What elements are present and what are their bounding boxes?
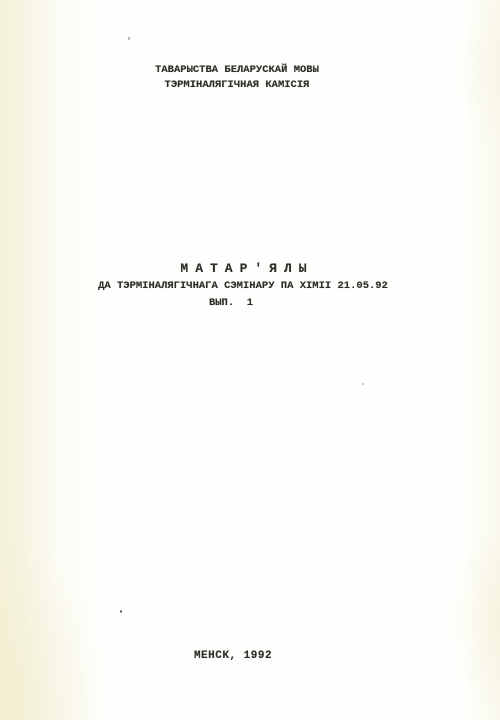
document-title: МАТАР'ЯЛЫ [0, 261, 497, 277]
document-subtitle: ДА ТЭРМІНАЛЯГІЧНАГА СЭМІНАРУ ПА ХІМІІ 21… [0, 279, 493, 293]
scanned-title-page: ТАВАРЫСТВА БЕЛАРУСКАЙ МОВЫ ТЭРМІНАЛЯГІЧН… [0, 0, 500, 720]
scan-speck [120, 610, 122, 613]
issue-number: ВЫП. 1 [0, 296, 481, 310]
scan-speck [362, 383, 364, 385]
organization-name: ТАВАРЫСТВА БЕЛАРУСКАЙ МОВЫ [0, 63, 487, 78]
scan-speck [128, 37, 130, 40]
imprint-city-year: МЕНСК, 1992 [0, 649, 483, 663]
commission-name: ТЭРМІНАЛЯГІЧНАЯ КАМІСІЯ [0, 78, 487, 93]
